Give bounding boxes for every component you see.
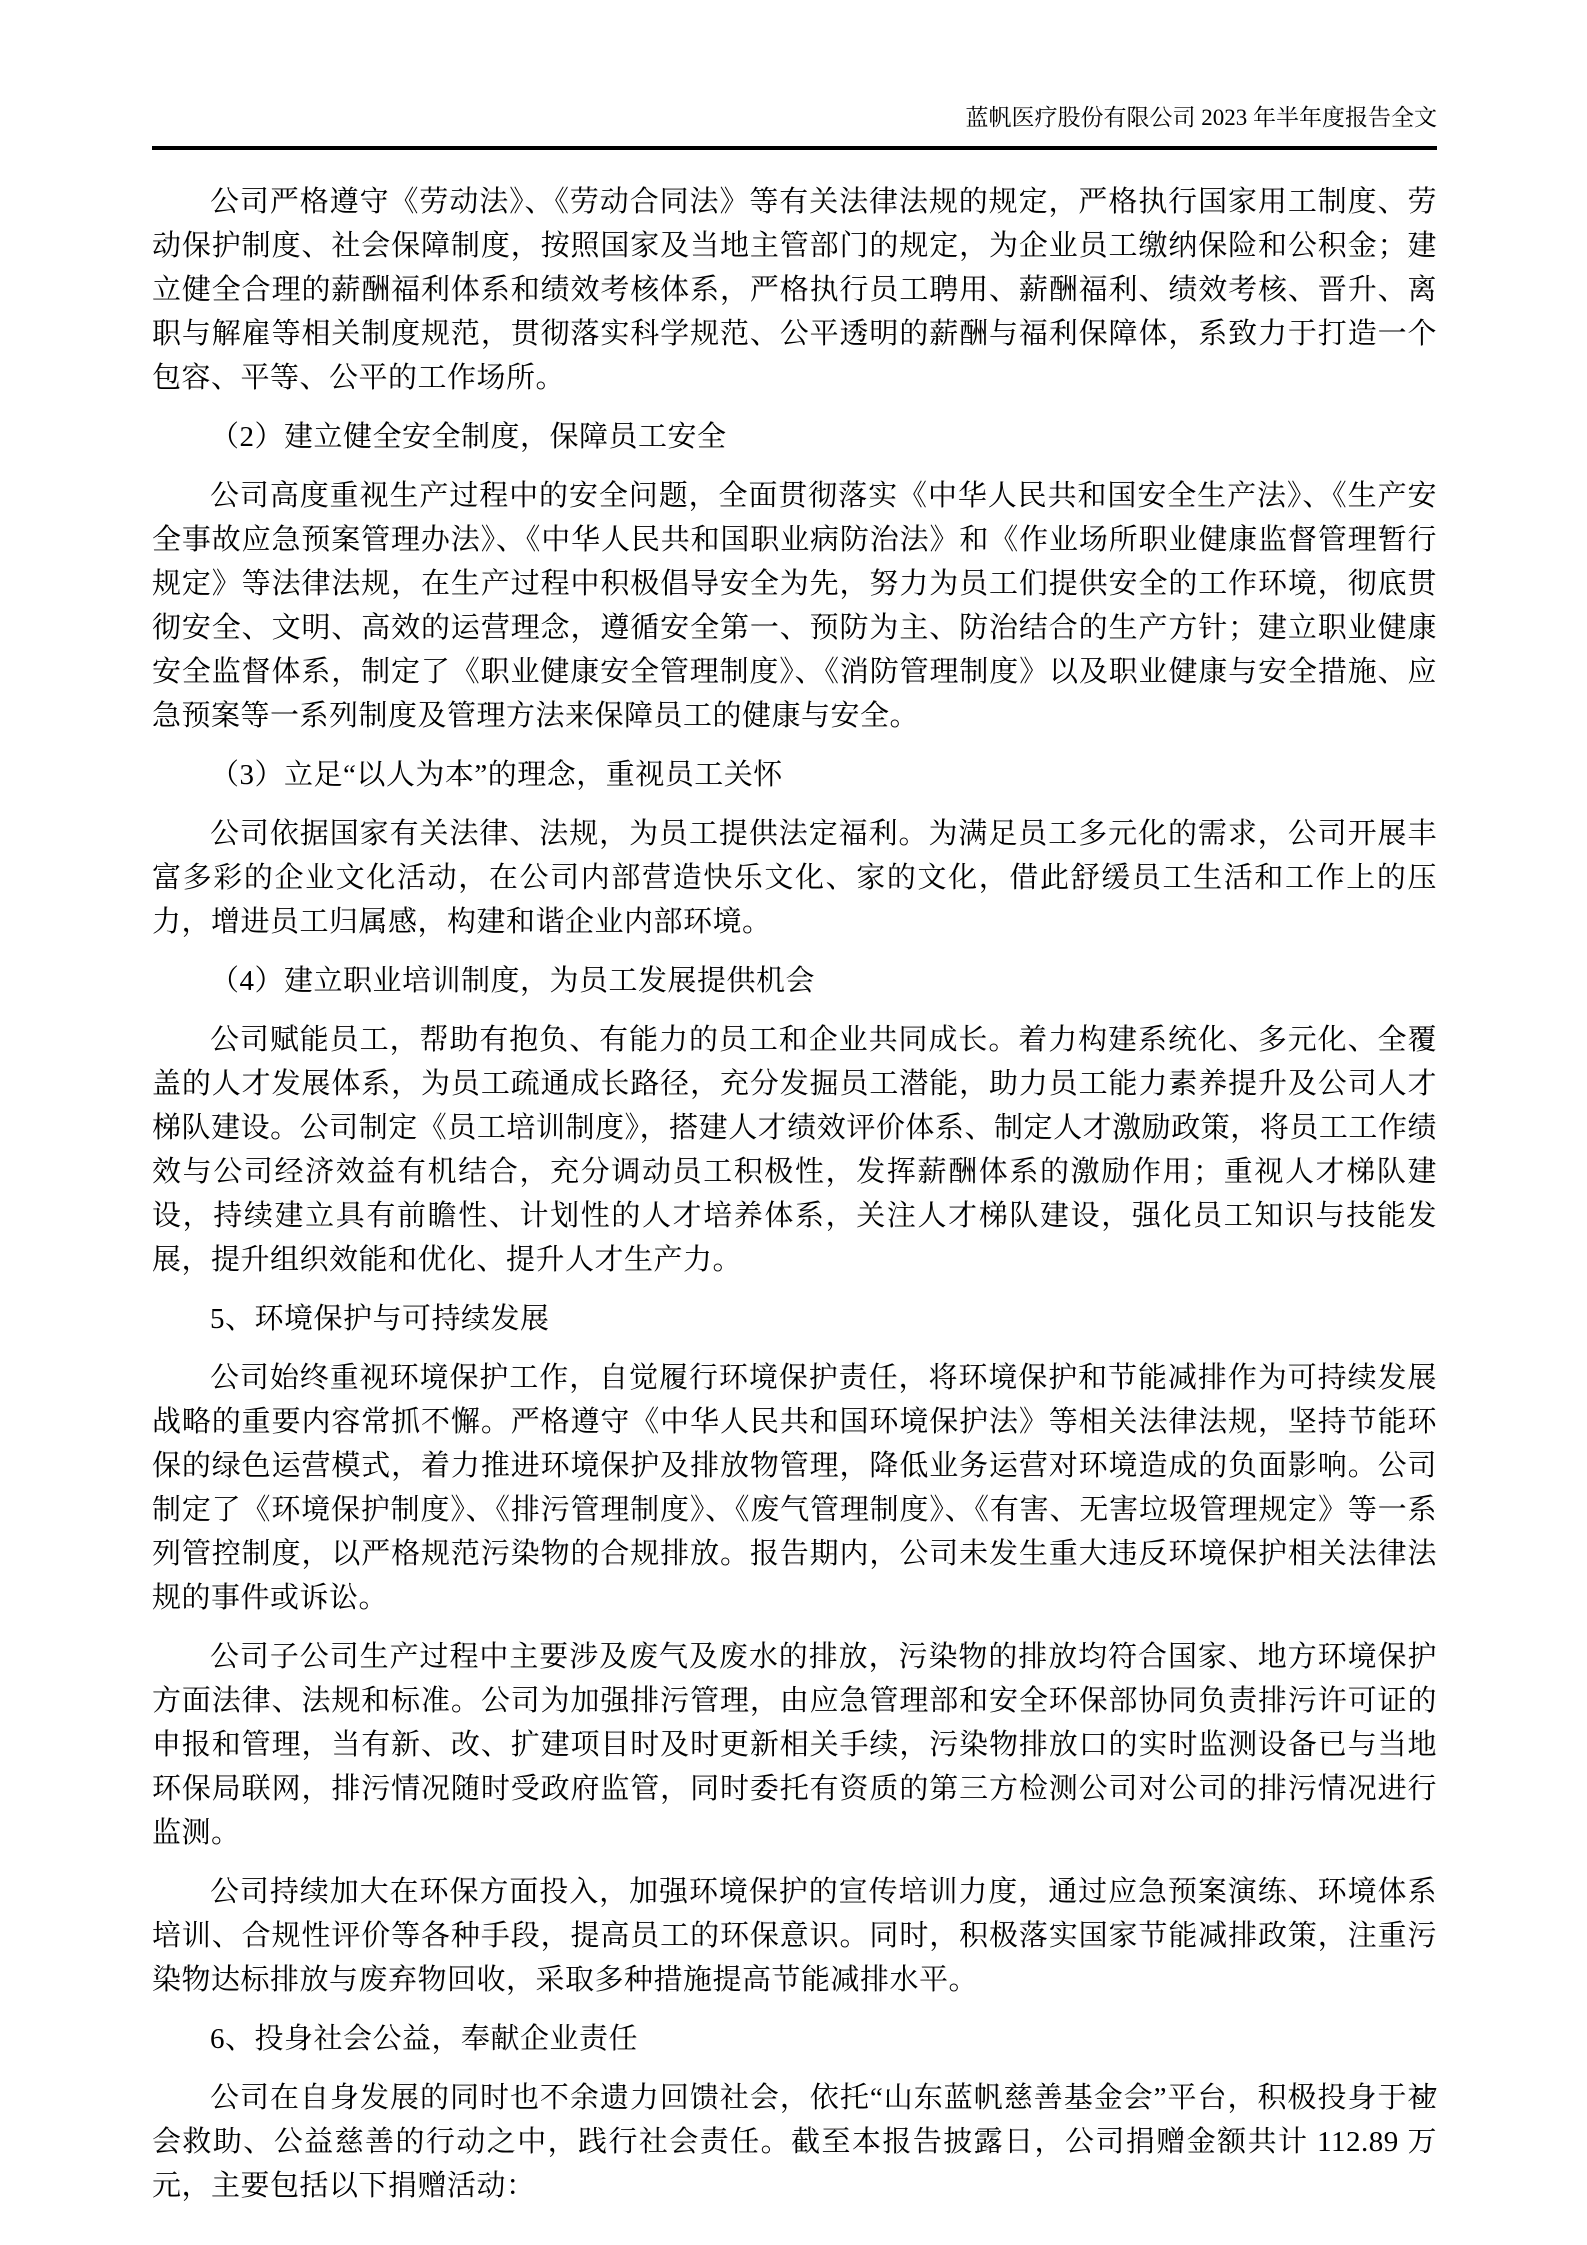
heading-2-safety-system: （2）建立健全安全制度，保障员工安全 (152, 415, 1437, 459)
page-header: 蓝帆医疗股份有限公司 2023 年半年度报告全文 (152, 103, 1437, 133)
header-rule (152, 146, 1437, 150)
para-environmental-policy: 公司始终重视环境保护工作，自觉履行环境保护责任，将环境保护和节能减排作为可持续发… (152, 1356, 1437, 1620)
heading-3-people-oriented: （3）立足“以人为本”的理念，重视员工关怀 (152, 753, 1437, 797)
heading-5-environmental-protection: 5、环境保护与可持续发展 (152, 1297, 1437, 1341)
report-body: 公司严格遵守《劳动法》、《劳动合同法》等有关法律法规的规定，严格执行国家用工制度… (152, 180, 1437, 2223)
para-employee-care: 公司依据国家有关法律、法规，为员工提供法定福利。为满足员工多元化的需求，公司开展… (152, 812, 1437, 944)
header-title: 蓝帆医疗股份有限公司 2023 年半年度报告全文 (966, 105, 1438, 130)
heading-6-social-welfare: 6、投身社会公益，奉献企业责任 (152, 2017, 1437, 2061)
para-talent-development: 公司赋能员工，帮助有抱负、有能力的员工和企业共同成长。着力构建系统化、多元化、全… (152, 1018, 1437, 1282)
para-environmental-investment: 公司持续加大在环保方面投入，加强环境保护的宣传培训力度，通过应急预案演练、环境体… (152, 1870, 1437, 2002)
report-page: 蓝帆医疗股份有限公司 2023 年半年度报告全文 公司严格遵守《劳动法》、《劳动… (0, 0, 1587, 2245)
para-charity-donation: 公司在自身发展的同时也不余遗力回馈社会，依托“山东蓝帆慈善基金会”平台，积极投身… (152, 2076, 1437, 2208)
para-emission-management: 公司子公司生产过程中主要涉及废气及废水的排放，污染物的排放均符合国家、地方环境保… (152, 1635, 1437, 1855)
heading-4-vocational-training: （4）建立职业培训制度，为员工发展提供机会 (152, 959, 1437, 1003)
para-labor-law-compliance: 公司严格遵守《劳动法》、《劳动合同法》等有关法律法规的规定，严格执行国家用工制度… (152, 180, 1437, 400)
page-number: 57 (1413, 2083, 1437, 2111)
para-production-safety: 公司高度重视生产过程中的安全问题，全面贯彻落实《中华人民共和国安全生产法》、《生… (152, 474, 1437, 738)
